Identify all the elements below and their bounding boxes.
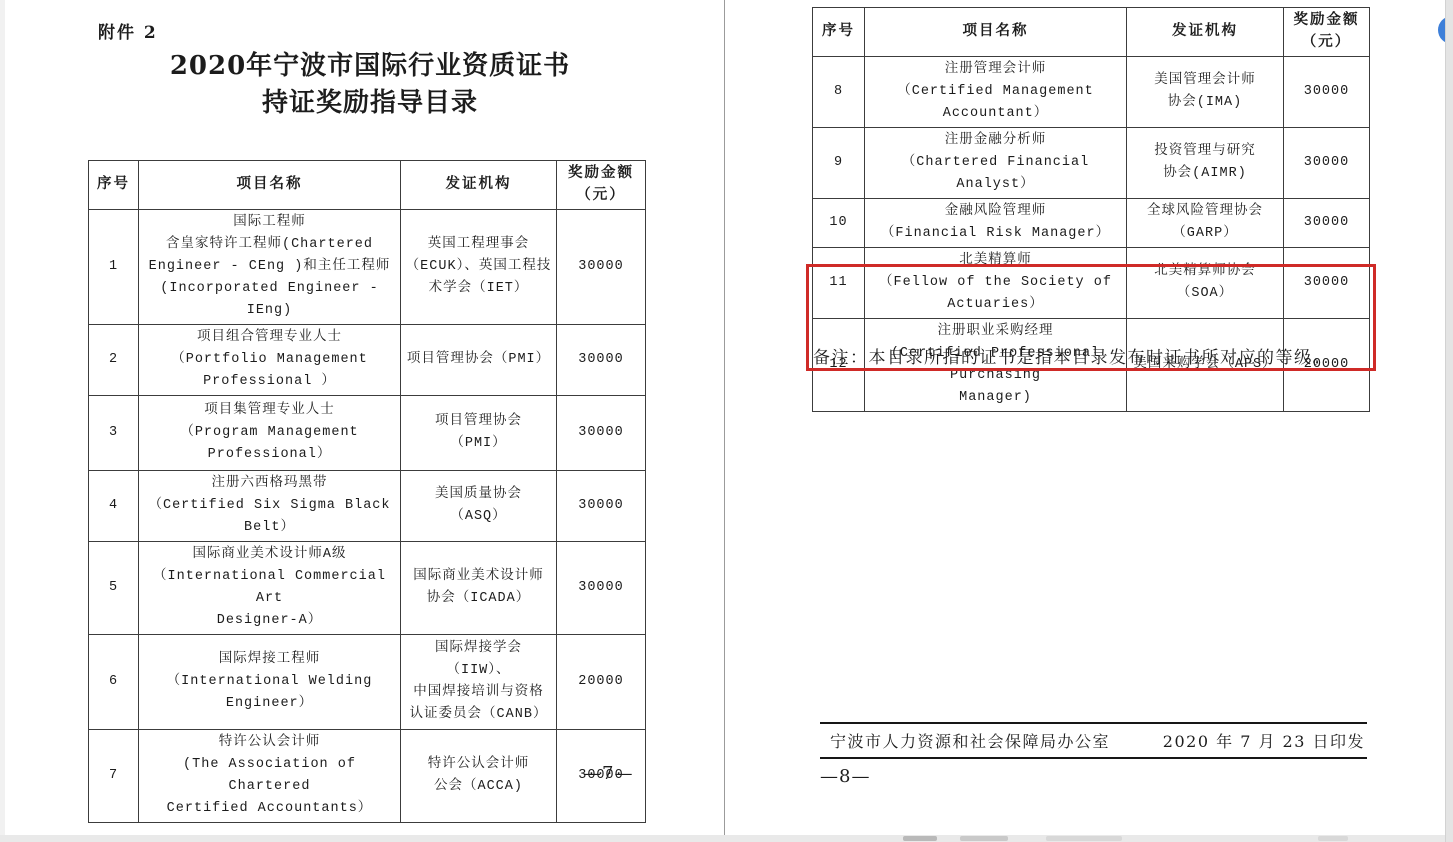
document-title-line2: 持证奖励指导目录 [120, 85, 620, 122]
cell-amount: 30000 [557, 471, 646, 542]
cell-no: 2 [89, 325, 139, 396]
cell-amount: 30000 [557, 396, 646, 471]
page-number-8: —8— [820, 766, 870, 787]
cell-amount: 20000 [557, 635, 646, 730]
cell-agency: 美国质量协会 （ASQ） [401, 471, 557, 542]
table-row: 3 项目集管理专业人士 （Program Management Professi… [89, 396, 646, 471]
document-title-line1: 2020年宁波市国际行业资质证书 [120, 48, 620, 85]
issuance-footer: 宁波市人力资源和社会保障局办公室 2020 年 7 月 23 日印发 [820, 729, 1367, 752]
cell-agency: 特许公认会计师 公会（ACCA) [401, 730, 557, 823]
cell-project-name: 金融风险管理师 （Financial Risk Manager） [865, 199, 1127, 248]
cell-project-name: 项目组合管理专业人士 （Portfolio Management Profess… [139, 325, 401, 396]
cell-no: 1 [89, 210, 139, 325]
cell-agency: 国际商业美术设计师 协会（ICADA） [401, 542, 557, 635]
cell-agency: 投资管理与研究 协会(AIMR) [1127, 128, 1284, 199]
page-number-7: —7— [583, 763, 633, 784]
cell-amount: 30000 [557, 542, 646, 635]
cell-project-name: 项目集管理专业人士 （Program Management Profession… [139, 396, 401, 471]
cell-agency: 项目管理协会（PMI） [401, 325, 557, 396]
cell-agency: 项目管理协会 （PMI） [401, 396, 557, 471]
cell-no: 3 [89, 396, 139, 471]
cell-no: 5 [89, 542, 139, 635]
cell-no: 10 [813, 199, 865, 248]
header-no: 序号 [813, 8, 865, 57]
header-amount: 奖励金额 （元） [557, 161, 646, 210]
cell-amount: 30000 [1284, 57, 1370, 128]
table-header-row: 序号 项目名称 发证机构 奖励金额 （元） [89, 161, 646, 210]
attachment-label: 附件 2 [98, 18, 158, 43]
cell-no: 8 [813, 57, 865, 128]
header-agency: 发证机构 [401, 161, 557, 210]
cell-project-name: 注册金融分析师 （Chartered Financial Analyst） [865, 128, 1127, 199]
table-row: 4 注册六西格玛黑带 （Certified Six Sigma Black Be… [89, 471, 646, 542]
certificate-table-page7: 序号 项目名称 发证机构 奖励金额 （元） 1 国际工程师 含皇家特许工程师(C… [88, 160, 646, 823]
scrollbar-thumb[interactable] [903, 836, 937, 841]
cell-project-name: 特许公认会计师 (The Association of Chartered Ce… [139, 730, 401, 823]
header-project-name: 项目名称 [865, 8, 1127, 57]
table-row: 7 特许公认会计师 (The Association of Chartered … [89, 730, 646, 823]
cell-no: 9 [813, 128, 865, 199]
cell-agency: 国际焊接学会（IIW）、 中国焊接培训与资格 认证委员会（CANB） [401, 635, 557, 730]
scrollbar-thumb[interactable] [960, 836, 1008, 841]
table-row: 6 国际焊接工程师 （International Welding Enginee… [89, 635, 646, 730]
page-left-edge [0, 0, 5, 842]
scrollbar-thumb[interactable] [1046, 836, 1122, 841]
cell-amount: 30000 [557, 325, 646, 396]
cell-no: 6 [89, 635, 139, 730]
header-amount: 奖励金额 （元） [1284, 8, 1370, 57]
cell-amount: 30000 [1284, 128, 1370, 199]
cell-no: 11 [813, 248, 865, 319]
scrollbar-thumb[interactable] [1318, 836, 1348, 841]
cell-amount: 30000 [1284, 199, 1370, 248]
cell-project-name: 国际工程师 含皇家特许工程师(Chartered Engineer - CEng… [139, 210, 401, 325]
document-title: 2020年宁波市国际行业资质证书 持证奖励指导目录 [120, 48, 620, 122]
cell-agency: 英国工程理事会 （ECUK）、英国工程技 术学会（IET） [401, 210, 557, 325]
table-note: 备注：本目录所指的证书是指本目录发布时证书所对应的等级。 [813, 343, 1373, 368]
cell-no: 7 [89, 730, 139, 823]
header-project-name: 项目名称 [139, 161, 401, 210]
issuance-date: 2020 年 7 月 23 日印发 [1163, 729, 1365, 752]
cell-amount: 30000 [557, 210, 646, 325]
cell-project-name: 国际商业美术设计师A级 （International Commercial Ar… [139, 542, 401, 635]
table-row: 9 注册金融分析师 （Chartered Financial Analyst） … [813, 128, 1370, 199]
cell-project-name: 注册管理会计师 （Certified Management Accountant… [865, 57, 1127, 128]
table-header-row: 序号 项目名称 发证机构 奖励金额 （元） [813, 8, 1370, 57]
header-agency: 发证机构 [1127, 8, 1284, 57]
table-row: 10 金融风险管理师 （Financial Risk Manager） 全球风险… [813, 199, 1370, 248]
footer-rule-top [820, 722, 1367, 724]
cell-agency: 北美精算师协会 （SOA） [1127, 248, 1284, 319]
footer-rule-bottom [820, 757, 1367, 759]
vertical-scrollbar[interactable] [1445, 0, 1453, 842]
table-row: 11 北美精算师 （Fellow of the Society of Actua… [813, 248, 1370, 319]
cell-agency: 美国管理会计师 协会(IMA) [1127, 57, 1284, 128]
cell-agency: 全球风险管理协会 （GARP） [1127, 199, 1284, 248]
horizontal-scrollbar[interactable] [0, 835, 1453, 842]
issuing-office: 宁波市人力资源和社会保障局办公室 [830, 729, 1110, 752]
table-row: 5 国际商业美术设计师A级 （International Commercial … [89, 542, 646, 635]
table-row: 1 国际工程师 含皇家特许工程师(Chartered Engineer - CE… [89, 210, 646, 325]
cell-amount: 30000 [1284, 248, 1370, 319]
cell-project-name: 国际焊接工程师 （International Welding Engineer） [139, 635, 401, 730]
header-no: 序号 [89, 161, 139, 210]
cell-no: 4 [89, 471, 139, 542]
cell-project-name: 注册六西格玛黑带 （Certified Six Sigma Black Belt… [139, 471, 401, 542]
table-row: 2 项目组合管理专业人士 （Portfolio Management Profe… [89, 325, 646, 396]
page-divider [724, 0, 725, 836]
cell-project-name: 北美精算师 （Fellow of the Society of Actuarie… [865, 248, 1127, 319]
table-row: 8 注册管理会计师 （Certified Management Accounta… [813, 57, 1370, 128]
